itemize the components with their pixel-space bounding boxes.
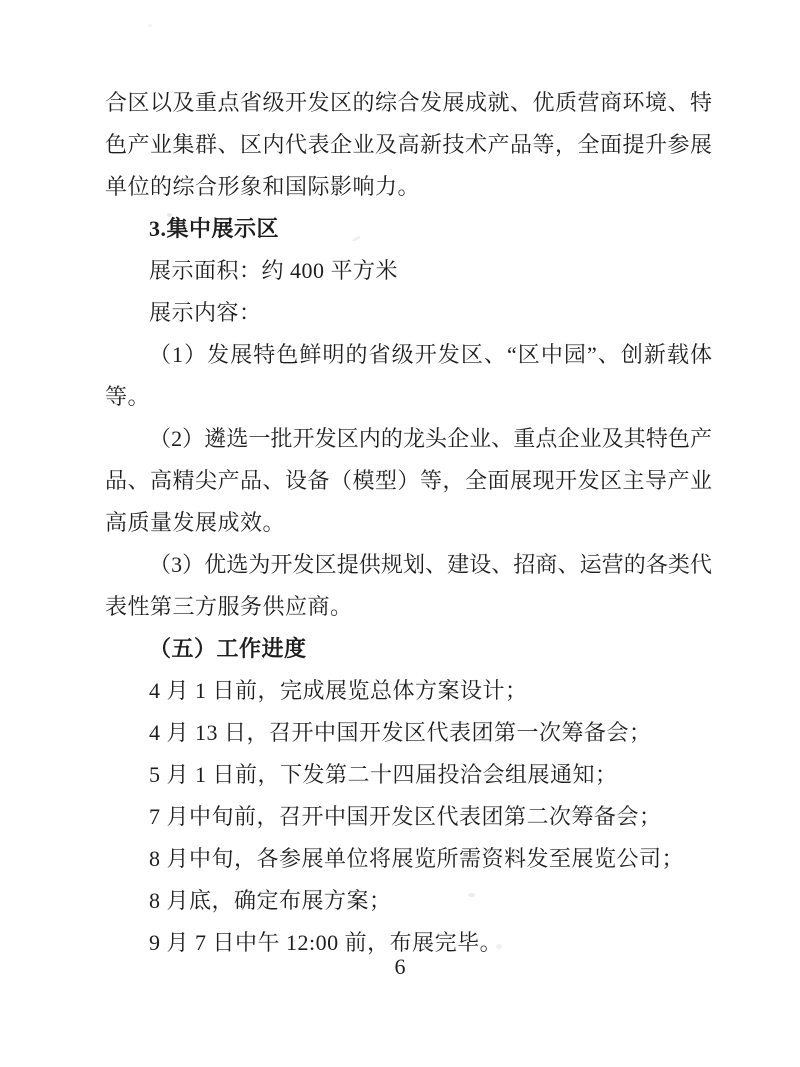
text-line: 展示面积：约 400 平方米 [105, 250, 712, 292]
text-line: 等。 [105, 376, 712, 418]
text-line: 8 月中旬，各参展单位将展览所需资料发至展览公司； [105, 838, 712, 880]
text-line: （3）优选为开发区提供规划、建设、招商、运营的各类代 [105, 544, 712, 586]
text-line: 7 月中旬前，召开中国开发区代表团第二次筹备会； [105, 796, 712, 838]
text-line: 单位的综合形象和国际影响力。 [105, 166, 712, 208]
text-line: （1）发展特色鲜明的省级开发区、“区中园”、创新载体 [105, 334, 712, 376]
text-line: 品、高精尖产品、设备（模型）等，全面展现开发区主导产业 [105, 460, 712, 502]
text-line: 展示内容： [105, 292, 712, 334]
page-number: 6 [0, 946, 800, 988]
scan-artifact [496, 944, 502, 949]
text-line: （2）遴选一批开发区内的龙头企业、重点企业及其特色产 [105, 418, 712, 460]
text-line: 合区以及重点省级开发区的综合发展成就、优质营商环境、特 [105, 82, 712, 124]
text-line: 高质量发展成效。 [105, 502, 712, 544]
text-line: 3.集中展示区 [105, 208, 712, 250]
scan-artifact [468, 893, 475, 897]
text-line: 8 月底，确定布展方案； [105, 880, 712, 922]
document-page: { "page": { "number": "6", "background_c… [0, 0, 800, 1067]
scan-artifact [148, 24, 152, 27]
scan-artifact [167, 213, 172, 217]
document-body: 合区以及重点省级开发区的综合发展成就、优质营商环境、特色产业集群、区内代表企业及… [105, 82, 712, 964]
text-line: （五）工作进度 [105, 628, 712, 670]
text-line: 色产业集群、区内代表企业及高新技术产品等，全面提升参展 [105, 124, 712, 166]
text-line: 5 月 1 日前，下发第二十四届投洽会组展通知； [105, 754, 712, 796]
text-line: 4 月 1 日前，完成展览总体方案设计； [105, 670, 712, 712]
text-line: 表性第三方服务供应商。 [105, 586, 712, 628]
text-line: 4 月 13 日，召开中国开发区代表团第一次筹备会； [105, 712, 712, 754]
